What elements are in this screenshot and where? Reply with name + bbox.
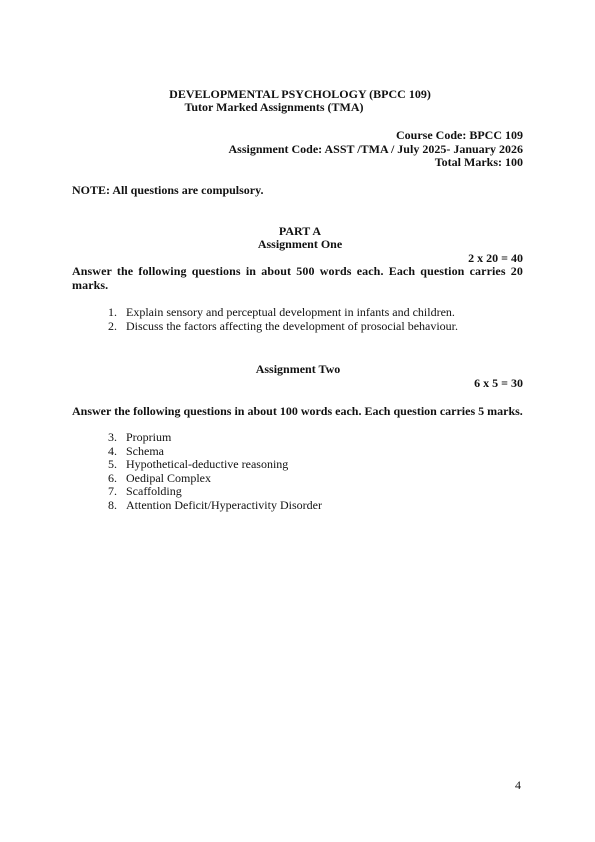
question-number: 7. [108, 485, 117, 499]
assignment-one-questions: 1.Explain sensory and perceptual develop… [108, 306, 458, 333]
question-item: 2.Discuss the factors affecting the deve… [108, 320, 458, 334]
question-item: 7.Scaffolding [108, 485, 322, 499]
compulsory-note: NOTE: All questions are compulsory. [72, 183, 263, 198]
question-text: Hypothetical-deductive reasoning [126, 457, 288, 471]
question-text: Explain sensory and perceptual developme… [126, 305, 455, 319]
question-text: Oedipal Complex [126, 471, 211, 485]
question-item: 5.Hypothetical-deductive reasoning [108, 458, 322, 472]
question-number: 4. [108, 445, 117, 459]
question-number: 2. [108, 320, 117, 334]
question-text: Schema [126, 444, 164, 458]
page-number: 4 [515, 778, 521, 793]
question-text: Attention Deficit/Hyperactivity Disorder [126, 498, 322, 512]
question-number: 3. [108, 431, 117, 445]
part-a-heading: PART A Assignment One [200, 225, 400, 251]
question-item: 3.Proprium [108, 431, 322, 445]
question-item: 8.Attention Deficit/Hyperactivity Disord… [108, 499, 322, 513]
assignment-two-title: Assignment Two [200, 363, 396, 376]
question-number: 6. [108, 472, 117, 486]
assignment-one-instruction: Answer the following questions in about … [72, 265, 523, 292]
question-item: 6.Oedipal Complex [108, 472, 322, 486]
assignment-two-marks: 6 x 5 = 30 [474, 377, 523, 391]
question-number: 5. [108, 458, 117, 472]
course-code: Course Code: BPCC 109 [229, 129, 524, 143]
question-number: 8. [108, 499, 117, 513]
course-meta: Course Code: BPCC 109 Assignment Code: A… [229, 129, 524, 170]
question-text: Scaffolding [126, 484, 182, 498]
question-number: 1. [108, 306, 117, 320]
document-header: DEVELOPMENTAL PSYCHOLOGY (BPCC 109) Tuto… [150, 88, 450, 114]
total-marks: Total Marks: 100 [229, 156, 524, 170]
question-item: 1.Explain sensory and perceptual develop… [108, 306, 458, 320]
document-subtitle: Tutor Marked Assignments (TMA) [98, 101, 450, 114]
question-text: Discuss the factors affecting the develo… [126, 319, 458, 333]
assignment-two-questions: 3.Proprium4.Schema5.Hypothetical-deducti… [108, 431, 322, 513]
assignment-code: Assignment Code: ASST /TMA / July 2025- … [229, 143, 524, 157]
assignment-two-instruction: Answer the following questions in about … [72, 404, 523, 419]
question-text: Proprium [126, 430, 171, 444]
question-item: 4.Schema [108, 445, 322, 459]
assignment-one-title: Assignment One [200, 238, 400, 251]
